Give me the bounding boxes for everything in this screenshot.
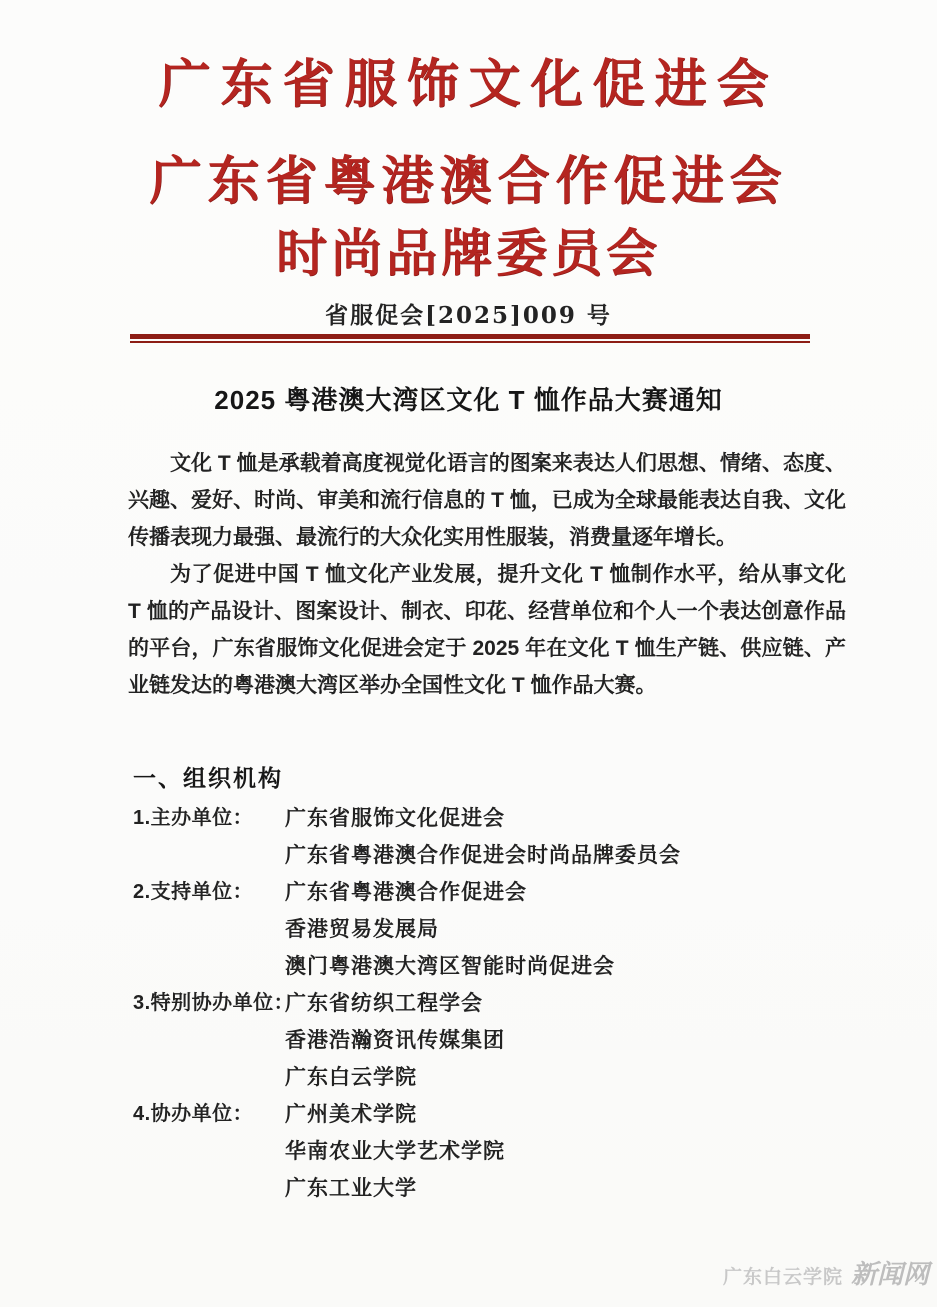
org-group-orgs: 广东省纺织工程学会 香港浩瀚资讯传媒集团 广东白云学院	[285, 985, 873, 1096]
org-group-label: 2.支持单位：	[133, 874, 285, 985]
org-item: 香港贸易发展局	[285, 911, 873, 948]
org-group-orgs: 广东省服饰文化促进会 广东省粤港澳合作促进会时尚品牌委员会	[285, 800, 873, 874]
org-group-coorganizer: 4.协办单位： 广州美术学院 华南农业大学艺术学院 广东工业大学	[133, 1096, 873, 1207]
watermark-suffix: 新闻网	[851, 1260, 929, 1290]
org-item: 广东省纺织工程学会	[285, 985, 873, 1022]
red-separator-line	[130, 334, 810, 343]
org-group-label: 3.特别协办单位：	[133, 985, 285, 1096]
letterhead-line-1: 广东省服饰文化促进会	[0, 42, 937, 117]
org-item: 广州美术学院	[285, 1096, 873, 1133]
paragraph-1: 文化 T 恤是承载着高度视觉化语言的图案来表达人们思想、情绪、态度、兴趣、爱好、…	[128, 445, 846, 556]
org-item: 广东省服饰文化促进会	[285, 800, 873, 837]
org-group-host: 1.主办单位： 广东省服饰文化促进会 广东省粤港澳合作促进会时尚品牌委员会	[133, 800, 873, 874]
document-number: 省服促会[2025]009 号	[0, 297, 937, 330]
org-group-label: 1.主办单位：	[133, 800, 285, 874]
paragraph-2: 为了促进中国 T 恤文化产业发展，提升文化 T 恤制作水平，给从事文化 T 恤的…	[128, 556, 846, 704]
section-heading-organization: 一、组织机构	[133, 760, 283, 793]
watermark: 广东白云学院新闻网	[723, 1254, 929, 1291]
letterhead-line-2: 广东省粤港澳合作促进会	[0, 139, 937, 214]
org-item: 广东工业大学	[285, 1170, 873, 1207]
red-separator-thin-bar	[130, 341, 810, 343]
org-group-special-coorganizer: 3.特别协办单位： 广东省纺织工程学会 香港浩瀚资讯传媒集团 广东白云学院	[133, 985, 873, 1096]
org-item: 香港浩瀚资讯传媒集团	[285, 1022, 873, 1059]
org-group-label: 4.协办单位：	[133, 1096, 285, 1207]
organization-list: 1.主办单位： 广东省服饰文化促进会 广东省粤港澳合作促进会时尚品牌委员会 2.…	[133, 800, 873, 1207]
body-text: 文化 T 恤是承载着高度视觉化语言的图案来表达人们思想、情绪、态度、兴趣、爱好、…	[128, 445, 846, 704]
org-group-support: 2.支持单位： 广东省粤港澳合作促进会 香港贸易发展局 澳门粤港澳大湾区智能时尚…	[133, 874, 873, 985]
notice-title: 2025 粤港澳大湾区文化 T 恤作品大赛通知	[0, 380, 937, 417]
letterhead-line-3: 时尚品牌委员会	[0, 212, 937, 286]
org-item: 广东白云学院	[285, 1059, 873, 1096]
org-item: 华南农业大学艺术学院	[285, 1133, 873, 1170]
watermark-site-name: 广东白云学院	[723, 1267, 843, 1288]
org-item: 广东省粤港澳合作促进会	[285, 874, 873, 911]
org-group-orgs: 广州美术学院 华南农业大学艺术学院 广东工业大学	[285, 1096, 873, 1207]
org-item: 广东省粤港澳合作促进会时尚品牌委员会	[285, 837, 873, 874]
org-group-orgs: 广东省粤港澳合作促进会 香港贸易发展局 澳门粤港澳大湾区智能时尚促进会	[285, 874, 873, 985]
scanned-document-page: 广东省服饰文化促进会 广东省粤港澳合作促进会 时尚品牌委员会 省服促会[2025…	[0, 0, 937, 1307]
org-item: 澳门粤港澳大湾区智能时尚促进会	[285, 948, 873, 985]
